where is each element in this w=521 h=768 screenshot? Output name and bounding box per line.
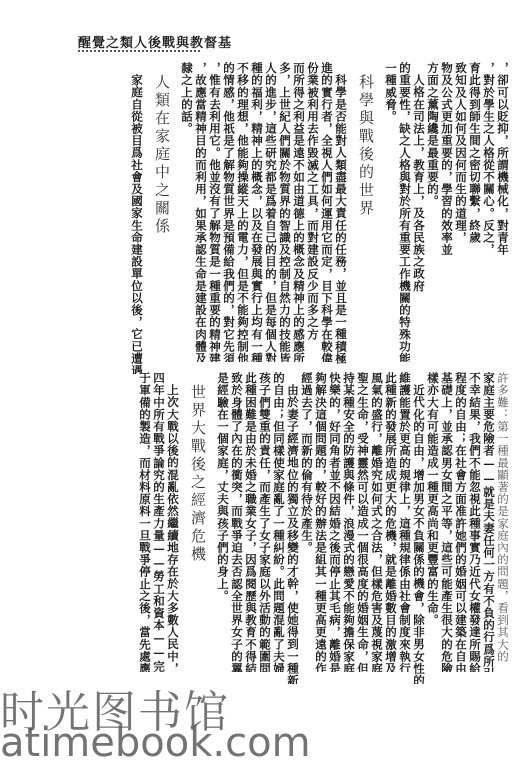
scanned-page: 醒覺之類人後戰與教督基 ，卻可以貶抑，所謂機械化，對青年，對於學生之人格從不關心…	[0, 0, 521, 768]
text-column: 育此得到師生間之密切聯繫，終歲	[468, 62, 482, 362]
text-column: 隸之上的話。	[180, 62, 194, 362]
text-column: 份業被利用去作毀滅之工具，而對建設反少而多之方	[306, 62, 320, 362]
section-heading: 世界大戰後之經濟危機	[188, 372, 208, 672]
header-rule-divider	[78, 50, 200, 52]
text-column: 此種困難是由於未婚之職業女子，因爲閱歷與教育不得結婚，	[244, 372, 258, 672]
text-column: 風氣的盛行，離婚究如何式之合法，但樣危害及蔑視家庭神	[370, 372, 384, 672]
watermark-url: atimebook.com	[0, 720, 311, 766]
text-column: 進的實行者，全視人們如何運用它而定，目下科學在較偉大	[320, 62, 334, 362]
text-column: 聖之生命，受神靈然可以造成一個很高度的婚姻生命，但應保	[356, 372, 370, 672]
text-column: 是經驗在一個家庭，丈夫與孩子們的身上。	[216, 372, 230, 672]
text-column: 科學是否能對人類盡最大責任的任務，並且是一種積極	[334, 62, 348, 374]
text-column: ，對於學生之人格從不關心。反之，	[482, 62, 496, 362]
section-heading: 科學與戰後的世界	[356, 62, 376, 362]
running-head: 醒覺之類人後戰與教督基	[78, 32, 232, 51]
text-column: 人的進步，這些研究都是爲着自己的目的，但是每個人對於這	[264, 62, 278, 362]
text-column: 樣亦大有可能造成一種更高尚和更豐富的生命。	[426, 372, 440, 672]
text-column: 快樂的，好同角者並不因結婚之後而停止其毛病，離婚是不能	[328, 372, 342, 672]
text-column: 多，上世紀人們關於物質界的智識及控制自然力的技能皆讚賞	[278, 62, 292, 362]
text-column: 持某種安全的防護與條件，浪漫式的戀愛不能夠擔保家庭中有	[342, 372, 356, 672]
text-column: 許多難：第一種最顯著的是家庭內的問題，看到其大的	[496, 372, 510, 672]
text-column: ，故應當精神目的而利用，如果承認生命是建設在肉體及其奴	[194, 62, 208, 362]
text-column: 家庭自從被目爲社會及國家生命建設單位以後，它已遭遇	[130, 62, 144, 374]
text-column: 于軍備的製造，而材料原料一旦戰爭停止之後，當先處應	[138, 372, 152, 672]
text-column: 致知及人如何及因何而生的道理，	[454, 62, 468, 362]
text-column: 的自由；但同樣使家庭亂了一種糾紛。此問題混亂了夫婦間的	[272, 372, 286, 672]
text-column: 此種新的發展所造成更大的危機，就是離婚數目的激增及離婚	[384, 372, 398, 672]
text-column: 程度的自由；在社會方面准許她們的婚姻可以建築在自由戀愛的	[454, 372, 468, 672]
text-column: 一種威脅。	[384, 62, 398, 362]
watermark-chinese: 时光图书馆	[0, 676, 230, 740]
text-column: 不幸結果，我們不能忽視此種事實乃近代女權發達所賜給男女	[468, 372, 482, 672]
text-column: 維護能置於更高的規律上，這種規律係由社會制度來執行的，	[398, 372, 412, 672]
text-column: 經過去了，而新的倫有待於產生。	[300, 372, 314, 672]
text-column: 基礎上，並承認男女間之平等，這些可能產生很大的危險，同	[440, 372, 454, 672]
text-column: ，惟有去利用它。他並沒有了解物質是一種重要的精神建設	[208, 62, 222, 362]
lower-text-block: 許多難：第一種最顯著的是家庭內的問題，看到其大的家庭主要危險者——就是夫妻任何一…	[50, 372, 510, 672]
text-column: 上次大戰以後的混亂依然繼續地存在於大多數人民中，	[166, 372, 180, 684]
text-column: 致於身體了內在的衝突，而戰爭迫去否認全世界女子的翼優	[230, 372, 244, 672]
text-column: 孩子們雙重的責任，而產生了女子家庭以外活動的範圍問題，	[258, 372, 272, 672]
text-column: 種的福利，精神上的概念，以及在發展與實行上均有一種堅決	[250, 62, 264, 362]
text-column: 方面之薰陶纔是最重要的。	[426, 62, 440, 362]
text-column: 的重要性，缺之人格與對於所有重要工作機關的特殊功能是	[398, 62, 412, 362]
upper-text-block: ，卻可以貶抑，所謂機械化，對青年，對於學生之人格從不關心。反之，育此得到師生間之…	[50, 62, 510, 362]
section-heading: 人類在家庭中之關係	[152, 62, 172, 362]
text-column: 四年中所有戰爭論究的生產力量——勞工和資本——完全	[152, 372, 166, 672]
text-column: 而所得之利益是遠不如由道德上的概念及精神上的感應所得之	[292, 62, 306, 362]
text-column: 物及公式更加重要的，學習的效率並	[440, 62, 454, 362]
text-column: 由於妻子經濟地位的獨立及移變的才幹，使她得到一種新	[286, 372, 300, 684]
text-column: 人格在司法上，教育上，及各民族之政府	[412, 62, 426, 374]
text-column: 家庭主要危險者——就是夫妻任何一方有不負的行爲所引起之	[482, 372, 496, 672]
text-column: ，卻可以貶抑，所謂機械化，對青年	[496, 62, 510, 362]
text-column: 不移的理想，他能夠操縱天上的電力，但是不能夠控制他自己	[236, 62, 250, 362]
text-column: 的情感，他祇是了解物質世界是預備給我們的，對它先須恐懼	[222, 62, 236, 362]
text-column: 近代化的自由，增加男女不負關係的機會，除非男女性的	[412, 372, 426, 684]
text-column: 夠解決這個問題的，較好的辦法是組其一種更高更遠的作爲，對的已	[314, 372, 328, 672]
